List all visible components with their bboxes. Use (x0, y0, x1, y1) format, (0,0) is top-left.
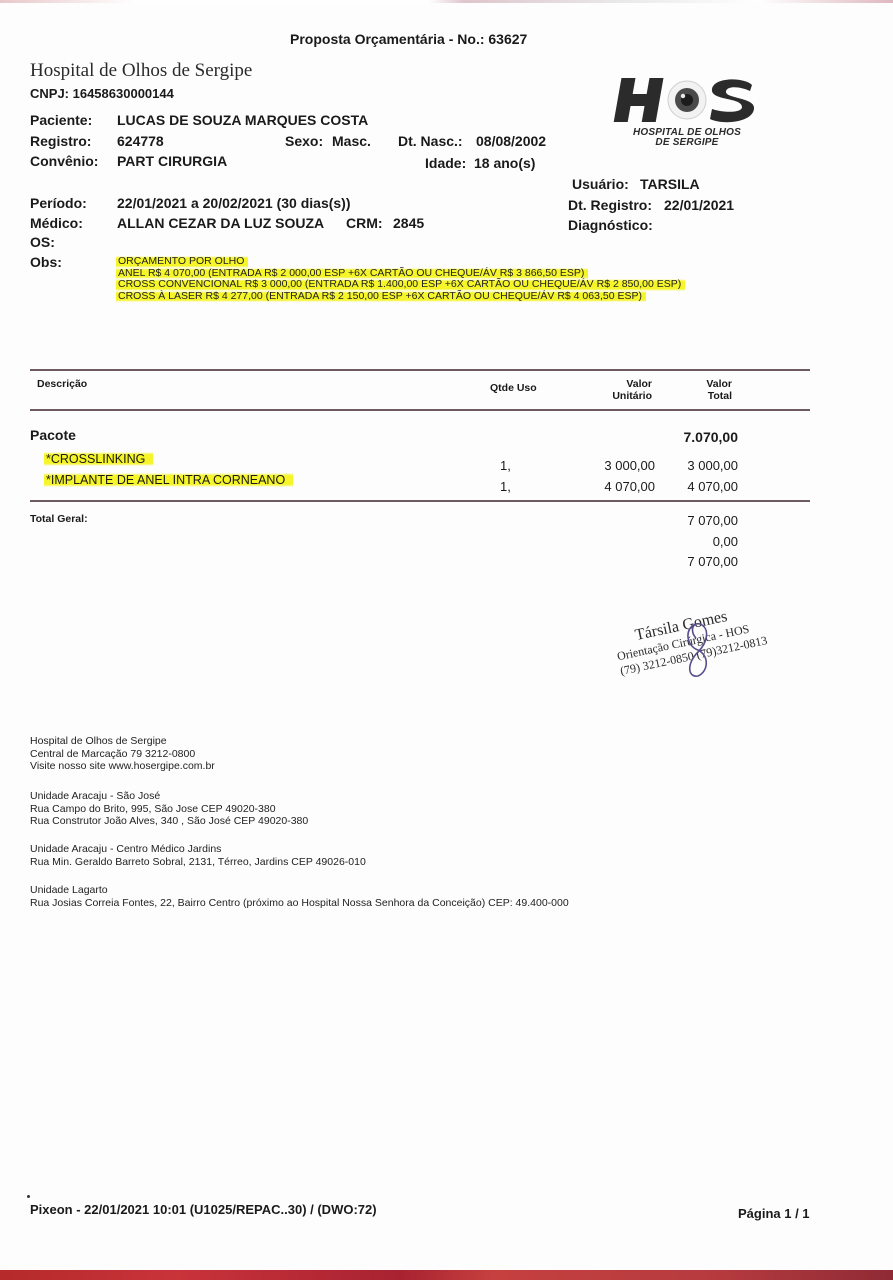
periodo-label: Período: (30, 195, 87, 211)
paciente-value: LUCAS DE SOUZA MARQUES COSTA (117, 112, 368, 128)
dt-registro-label: Dt. Registro: (568, 197, 652, 213)
crm-value: 2845 (393, 215, 424, 231)
eye-icon (668, 81, 706, 119)
dt-registro-value: 22/01/2021 (664, 197, 734, 213)
obs-label: Obs: (30, 254, 62, 270)
usuario-value: TARSILA (640, 176, 700, 192)
footer-unit-lagarto: Unidade Lagarto Rua Josias Correia Fonte… (30, 884, 569, 909)
footer-unit-jardins: Unidade Aracaju - Centro Médico Jardins … (30, 843, 366, 868)
nasc-label: Dt. Nasc.: (398, 133, 463, 149)
footer-unit-sao-jose: Unidade Aracaju - São José Rua Campo do … (30, 790, 308, 828)
table-top-rule (30, 369, 810, 371)
medico-value: ALLAN CEZAR DA LUZ SOUZA (117, 215, 324, 231)
medico-label: Médico: (30, 215, 83, 231)
obs-line: CROSS CONVENCIONAL R$ 3 000,00 (ENTRADA … (116, 279, 685, 291)
registro-label: Registro: (30, 133, 91, 149)
marker-dot (27, 1195, 30, 1198)
row-valor-total: 3 000,00 (640, 458, 738, 473)
row-valor-total: 4 070,00 (640, 479, 738, 494)
os-label: OS: (30, 234, 55, 250)
col-valor-total: Valor Total (680, 378, 732, 402)
obs-line: CROSS À LASER R$ 4 277,00 (ENTRADA R$ 2 … (116, 291, 646, 303)
obs-line: ORÇAMENTO POR OLHO (116, 256, 248, 268)
usuario-label: Usuário: (572, 176, 629, 192)
convenio-label: Convênio: (30, 153, 98, 169)
col-valor-unitario: Valor Unitário (600, 378, 652, 402)
row-descricao: *CROSSLINKING (44, 452, 153, 466)
row-qtde: 1, (500, 458, 511, 473)
obs-notes: ORÇAMENTO POR OLHO ANEL R$ 4 070,00 (ENT… (116, 256, 685, 302)
row-qtde: 1, (500, 479, 511, 494)
total-desconto: 0,00 (640, 534, 738, 549)
total-bruto: 7 070,00 (640, 513, 738, 528)
hospital-logo: HOSPITAL DE OLHOS DE SERGIPE (612, 75, 762, 155)
crm-label: CRM: (346, 215, 383, 231)
convenio-value: PART CIRURGIA (117, 153, 227, 169)
group-label: Pacote (30, 427, 76, 443)
diagnostico-label: Diagnóstico: (568, 217, 653, 233)
row-descricao: *IMPLANTE DE ANEL INTRA CORNEANO (44, 473, 293, 487)
periodo-value: 22/01/2021 a 20/02/2021 (30 dias(s)) (117, 195, 351, 211)
hos-logo-mark (612, 75, 762, 125)
table-header-rule (30, 409, 810, 411)
page-number: Página 1 / 1 (738, 1206, 810, 1221)
idade-label: Idade: (425, 155, 466, 171)
col-qtde: Qtde Uso (490, 382, 537, 394)
idade-value: 18 ano(s) (474, 155, 535, 171)
paciente-label: Paciente: (30, 112, 92, 128)
system-footer-line: Pixeon - 22/01/2021 10:01 (U1025/REPAC..… (30, 1202, 377, 1217)
col-descricao: Descrição (37, 378, 87, 390)
group-total: 7.070,00 (640, 429, 738, 445)
footer-contact: Hospital de Olhos de Sergipe Central de … (30, 735, 215, 773)
logo-subtitle: HOSPITAL DE OLHOS DE SERGIPE (612, 128, 762, 148)
registro-value: 624778 (117, 133, 164, 149)
nasc-value: 08/08/2002 (476, 133, 546, 149)
cnpj: CNPJ: 16458630000144 (30, 86, 174, 101)
paper-bottom-edge (0, 1270, 893, 1280)
paper-top-edge (0, 0, 893, 3)
hospital-name: Hospital de Olhos de Sergipe (30, 60, 252, 82)
sexo-value: Masc. (332, 133, 371, 149)
handwritten-signature (678, 620, 718, 680)
table-bottom-rule (30, 500, 810, 502)
total-liquido: 7 070,00 (640, 554, 738, 569)
total-geral-label: Total Geral: (30, 513, 88, 525)
document-title: Proposta Orçamentária - No.: 63627 (290, 31, 527, 47)
sexo-label: Sexo: (285, 133, 323, 149)
